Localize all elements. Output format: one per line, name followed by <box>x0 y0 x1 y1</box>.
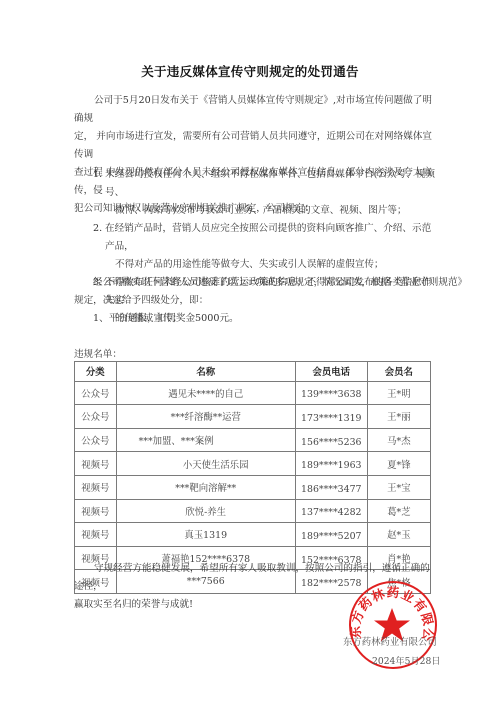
notice-title: 关于违反媒体宣传守则规定的处罚通告 <box>0 62 500 80</box>
violation-list-label: 违规名单： <box>74 346 122 360</box>
rule-item-2: 2. 在经销产品时，营销人员应完全按照公司提供的资料向顾客推广、介绍、示范产品，… <box>93 220 438 274</box>
intro-line-2: 定， 并向市场进行宣发，需要所有公司营销人员共同遵守，近期公司在对网络媒体宣传调 <box>74 128 434 164</box>
header-name: 名称 <box>116 362 295 382</box>
intro-line-1: 公司于5月20日发布关于《营销人员媒体宣传守则规定》,对市场宣传问题做了明确规 <box>74 95 432 124</box>
signature-company: 东方药林药业有限公司 <box>343 634 437 648</box>
rule-item-1: 1. 未经公司授权任何个人、组织不得在媒体平台、包括自媒体平台(公众号、视频号、… <box>93 166 438 220</box>
table-row: 视频号 欣悦-养生 137****4282 葛*芝 <box>75 499 431 523</box>
table-row: 公众号 ***纤溶酶**运营 173****1319 王*丽 <box>75 405 431 429</box>
header-phone: 会员电话 <box>295 362 367 382</box>
table-row: 视频号 真玉1319 189****5207 赵*玉 <box>75 523 431 547</box>
table-row: 视频号 ***靶向溶解** 186****3477 王*宝 <box>75 475 431 499</box>
violation-table: 分类 名称 会员电话 会员名 公众号 遇见未****的自己 139****363… <box>74 361 431 594</box>
header-member: 会员名 <box>367 362 430 382</box>
verdict-line-1: 经公司核实以下营销人员违反了以上一项或多项规定，情况属实，根据《营业守则规范》 <box>93 274 467 288</box>
verdict-line-2: 规定，决定给予四级处分，即： <box>74 292 208 306</box>
table-row: 公众号 遇见未****的自己 139****3638 王*明 <box>75 381 431 405</box>
table-header-row: 分类 名称 会员电话 会员名 <box>75 362 431 382</box>
penalty-line: 1、平台通报，扣罚奖金5000元。 <box>93 310 239 324</box>
table-row: 公众号 ***加盟、***案例 156****5236 马*杰 <box>75 428 431 452</box>
table-row: 视频号 小天使生活乐园 189****1963 夏*锋 <box>75 452 431 476</box>
header-category: 分类 <box>75 362 117 382</box>
signature-date: 2024年5月28日 <box>372 653 440 667</box>
